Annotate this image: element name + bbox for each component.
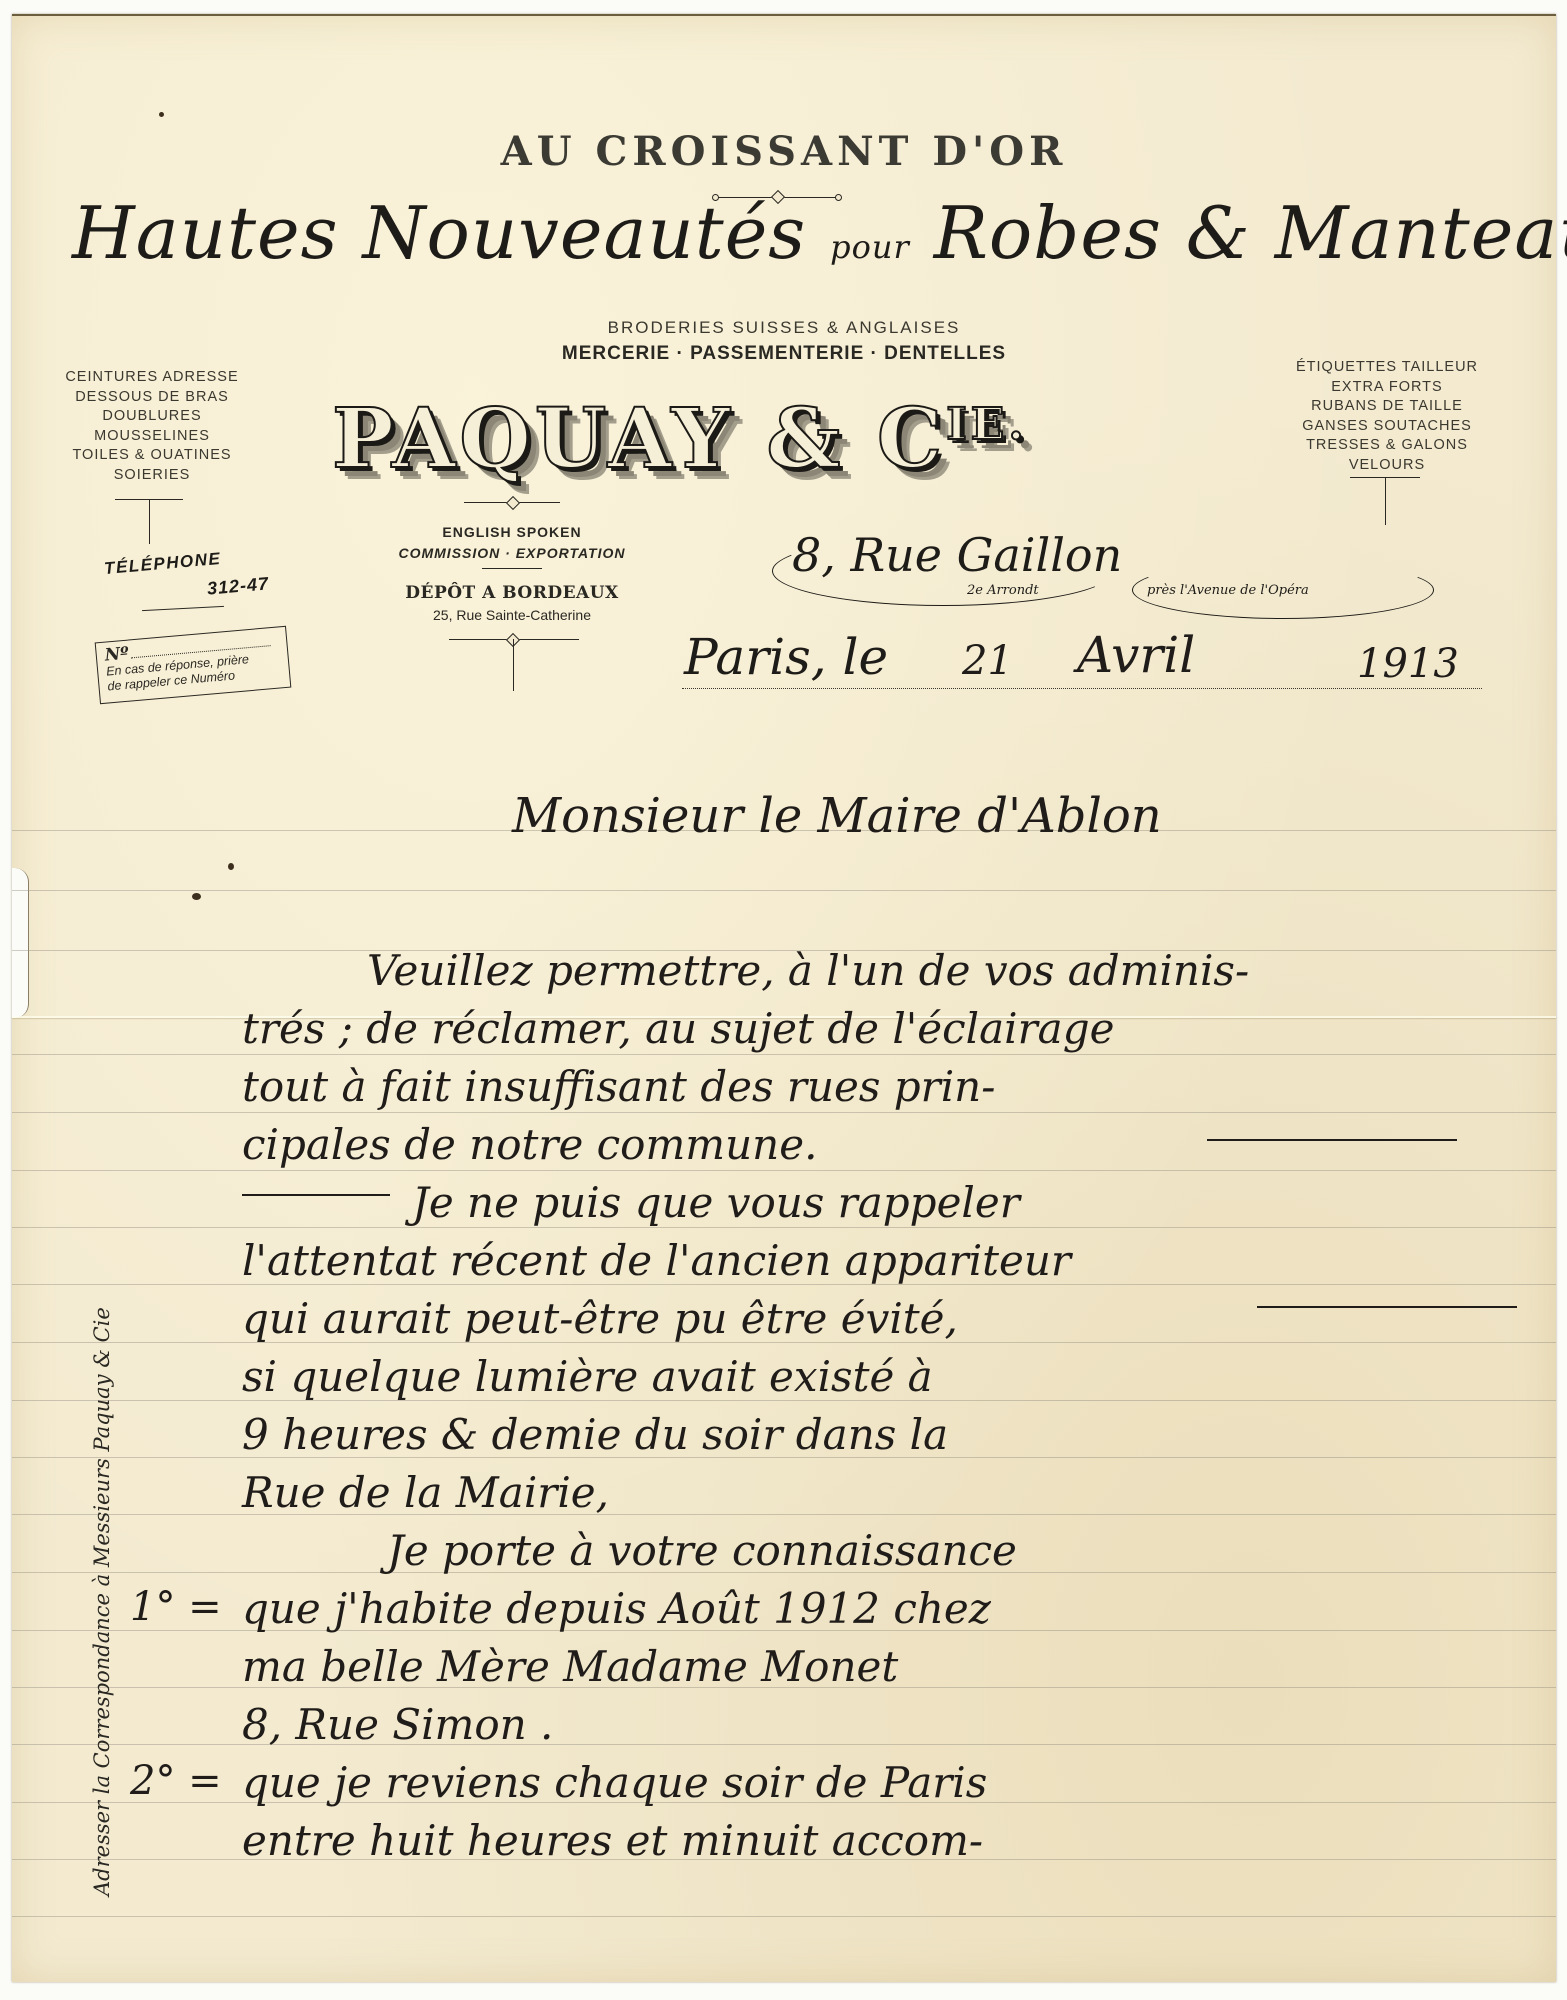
letter-paper: AU CROISSANT D'OR Hautes Nouveautés pour… <box>12 14 1556 1982</box>
letter-line: trés ; de réclamer, au sujet de l'éclair… <box>242 1004 1114 1053</box>
street-address: 8, Rue Gaillon <box>792 528 1122 582</box>
letter-line: si quelque lumière avait existé à <box>242 1352 933 1401</box>
left-list-item: DOUBLURES <box>52 407 252 427</box>
ruled-line <box>12 890 1556 891</box>
letter-line: 8, Rue Simon . <box>242 1700 553 1749</box>
item-marker-1: 1° = <box>130 1584 222 1630</box>
tagline: Hautes Nouveautés pour Robes & Manteaux <box>72 191 1512 275</box>
near-opera: près l'Avenue de l'Opéra <box>1147 583 1309 598</box>
company-suffix: IE. <box>946 399 1027 450</box>
telephone-label: TÉLÉPHONE <box>103 549 222 579</box>
tagline-part2: Robes & Manteaux <box>934 191 1567 275</box>
letter-line: tout à fait insuffisant des rues prin- <box>242 1062 995 1111</box>
right-list-item: TRESSES & GALONS <box>1252 436 1522 456</box>
telephone-number: 312-47 <box>206 573 270 599</box>
office-info: ENGLISH SPOKEN COMMISSION · EXPORTATION … <box>362 524 662 623</box>
left-list-item: MOUSSELINES <box>52 427 252 447</box>
letter-line: l'attentat récent de l'ancien appariteur <box>242 1236 1071 1285</box>
right-list-item: GANSES SOUTACHES <box>1252 417 1522 437</box>
tagline-part1: Hautes Nouveautés <box>72 191 806 275</box>
right-list-item: RUBANS DE TAILLE <box>1252 397 1522 417</box>
underline-mark <box>242 1194 390 1196</box>
arrondissement: 2e Arrondt <box>967 583 1039 598</box>
ruled-line <box>12 1227 1556 1228</box>
letter-line: cipales de notre commune. <box>242 1120 817 1169</box>
letter-line: ma belle Mère Madame Monet <box>242 1642 898 1691</box>
ruled-line <box>12 1916 1556 1917</box>
ink-spot <box>159 112 164 117</box>
letter-line: Veuillez permettre, à l'un de vos admini… <box>367 946 1249 995</box>
depot-bordeaux: DÉPÔT A BORDEAUX <box>362 583 662 603</box>
right-list-item: ÉTIQUETTES TAILLEUR <box>1252 358 1522 378</box>
right-list-item: VELOURS <box>1252 456 1522 476</box>
company-name: PAQUAY & CIE. <box>332 391 1028 487</box>
right-product-list: ÉTIQUETTES TAILLEUR EXTRA FORTS RUBANS D… <box>1252 358 1522 475</box>
letter-line: entre huit heures et minuit accom- <box>242 1816 983 1865</box>
letter-line: que j'habite depuis Août 1912 chez <box>242 1584 991 1633</box>
company-name-main: PAQUAY & C <box>332 391 946 487</box>
letter-line: que je reviens chaque soir de Paris <box>242 1758 987 1807</box>
reference-number-box: Nº En cas de réponse, prière de rappeler… <box>95 626 292 704</box>
date-year: 1913 <box>1357 641 1459 687</box>
ruled-line <box>12 1112 1556 1113</box>
ink-spot <box>192 893 201 900</box>
line-text: tout à fait insuffisant des rues prin- <box>242 1062 995 1111</box>
underline-mark <box>1257 1306 1517 1308</box>
english-spoken: ENGLISH SPOKEN <box>362 524 662 540</box>
letter-line: Je ne puis que vous rappeler <box>412 1178 1020 1227</box>
ruled-line <box>12 1054 1556 1055</box>
subtitle-broderies: BRODERIES SUISSES & ANGLAISES <box>12 318 1556 338</box>
left-list-item: TOILES & OUATINES <box>52 446 252 466</box>
ornament-stem <box>513 639 514 691</box>
date-month: Avril <box>1077 626 1195 684</box>
commission-exportation: COMMISSION · EXPORTATION <box>362 545 662 561</box>
ornament-stem <box>1385 477 1386 525</box>
date-day: 21 <box>962 638 1013 684</box>
ornament-divider <box>142 606 224 611</box>
ornament-stem <box>149 499 150 544</box>
item-marker-2: 2° = <box>130 1758 222 1804</box>
underline-mark <box>1207 1139 1457 1141</box>
depot-address: 25, Rue Sainte-Catherine <box>362 607 662 623</box>
letter-line: 9 heures & demie du soir dans la <box>242 1410 948 1459</box>
ruled-line <box>12 1170 1556 1171</box>
letter-line: Rue de la Mairie, <box>242 1468 609 1517</box>
left-list-item: CEINTURES ADRESSE <box>52 368 252 388</box>
small-divider <box>482 568 542 569</box>
ink-spot <box>228 863 234 870</box>
letter-line: qui aurait peut-être pu être évité, <box>242 1294 958 1343</box>
tagline-pour: pour <box>830 228 910 266</box>
left-list-item: SOIERIES <box>52 466 252 486</box>
left-list-item: DESSOUS DE BRAS <box>52 388 252 408</box>
right-list-item: EXTRA FORTS <box>1252 378 1522 398</box>
shop-name: AU CROISSANT D'OR <box>12 128 1556 175</box>
date-place: Paris, le <box>684 628 888 686</box>
letter-line: Je porte à votre connaissance <box>387 1526 1017 1575</box>
left-product-list: CEINTURES ADRESSE DESSOUS DE BRAS DOUBLU… <box>52 368 252 485</box>
correspondence-side-note: Adresser la Correspondance à Messieurs P… <box>90 1307 114 1896</box>
ornament-center <box>506 496 520 510</box>
salutation: Monsieur le Maire d'Ablon <box>512 788 1162 844</box>
